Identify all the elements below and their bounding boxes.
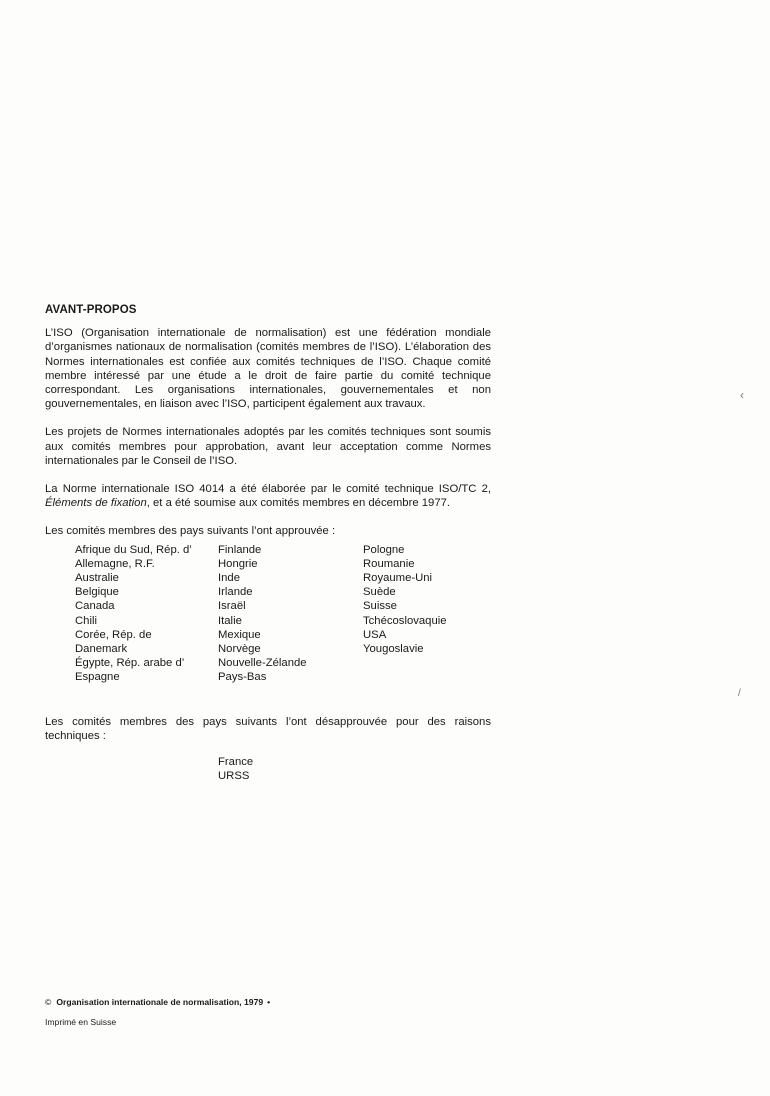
copyright-line: ©Organisation internationale de normalis…: [45, 997, 270, 1007]
copyright-text: Organisation internationale de normalisa…: [56, 997, 263, 1007]
committee-title: Éléments de fixation: [45, 497, 147, 509]
country-item: USA: [363, 628, 447, 642]
page-footer: ©Organisation internationale de normalis…: [45, 997, 270, 1027]
country-item: Irlande: [218, 585, 307, 599]
country-item: France: [218, 755, 491, 769]
country-item: Yougoslavie: [363, 642, 447, 656]
section-heading: AVANT-PROPOS: [45, 303, 491, 317]
country-item: Royaume-Uni: [363, 571, 447, 585]
approved-countries-list: Afrique du Sud, Rép. d’ Allemagne, R.F. …: [45, 543, 491, 701]
document-page: AVANT-PROPOS L’ISO (Organisation interna…: [0, 0, 770, 1096]
country-item: Danemark: [75, 642, 192, 656]
country-item: Allemagne, R.F.: [75, 557, 192, 571]
country-item: Israël: [218, 599, 307, 613]
country-item: Pologne: [363, 543, 447, 557]
country-item: Afrique du Sud, Rép. d’: [75, 543, 192, 557]
country-item: Chili: [75, 614, 192, 628]
country-item: Belgique: [75, 585, 192, 599]
country-item: Corée, Rép. de: [75, 628, 192, 642]
approved-intro: Les comités membres des pays suivants l’…: [45, 524, 491, 538]
country-item: Finlande: [218, 543, 307, 557]
approved-column-2: Finlande Hongrie Inde Irlande Israël Ita…: [218, 543, 307, 685]
country-item: Roumanie: [363, 557, 447, 571]
approved-column-1: Afrique du Sud, Rép. d’ Allemagne, R.F. …: [75, 543, 192, 685]
paragraph-iso-4014: La Norme internationale ISO 4014 a été é…: [45, 482, 491, 510]
country-item: Inde: [218, 571, 307, 585]
country-item: Nouvelle-Zélande: [218, 656, 307, 670]
country-item: Australie: [75, 571, 192, 585]
country-item: Canada: [75, 599, 192, 613]
country-item: Tchécoslovaquie: [363, 614, 447, 628]
printed-in-note: Imprimé en Suisse: [45, 1017, 270, 1027]
paragraph-iso-intro: L’ISO (Organisation internationale de no…: [45, 326, 491, 411]
disapproved-countries-list: France URSS: [218, 755, 491, 783]
country-item: Mexique: [218, 628, 307, 642]
bullet-icon: •: [267, 997, 270, 1007]
country-item: Pays-Bas: [218, 670, 307, 684]
country-item: URSS: [218, 769, 491, 783]
p3-text-after: , et a été soumise aux comités membres e…: [147, 497, 450, 509]
p3-text-before: La Norme internationale ISO 4014 a été é…: [45, 483, 491, 495]
disapproved-intro: Les comités membres des pays suivants l’…: [45, 715, 491, 743]
country-item: Suède: [363, 585, 447, 599]
country-item: Hongrie: [218, 557, 307, 571]
country-item: Norvège: [218, 642, 307, 656]
country-item: Italie: [218, 614, 307, 628]
copyright-icon: ©: [45, 997, 51, 1007]
approved-column-3: Pologne Roumanie Royaume-Uni Suède Suiss…: [363, 543, 447, 657]
country-item: Suisse: [363, 599, 447, 613]
country-item: Espagne: [75, 670, 192, 684]
foreword-section: AVANT-PROPOS L’ISO (Organisation interna…: [45, 303, 491, 783]
scan-mark-icon: ‹: [740, 388, 744, 402]
paragraph-draft-standards: Les projets de Normes internationales ad…: [45, 425, 491, 468]
country-item: Égypte, Rép. arabe d’: [75, 656, 192, 670]
scan-mark-icon: /: [738, 688, 741, 699]
